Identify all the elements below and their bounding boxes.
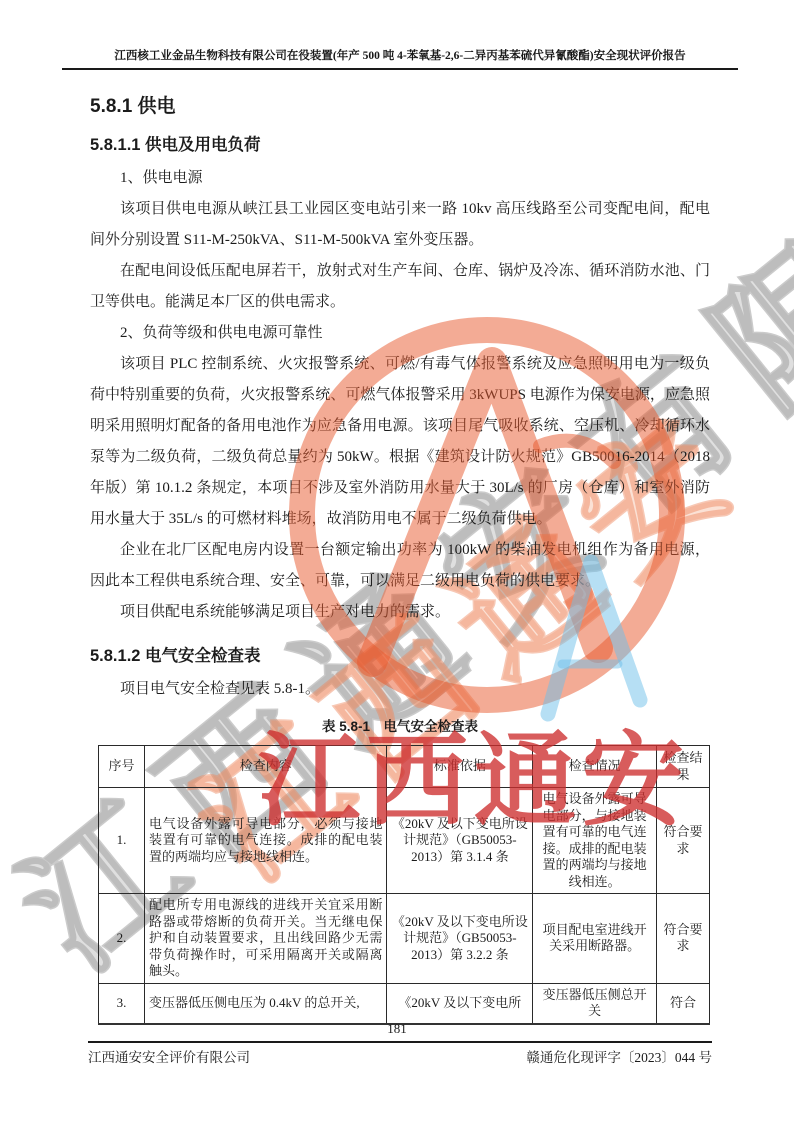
table-row: 3. 变压器低压侧电压为 0.4kV 的总开关, 《20kV 及以下变电所 变压…	[99, 983, 710, 1024]
column-header-content: 检查内容	[144, 746, 387, 788]
cell-content: 电气设备外露可导电部分，必须与接地装置有可靠的电气连接。成排的配电装置的两端均应…	[144, 788, 387, 894]
column-header-result: 检查结果	[657, 746, 710, 788]
paragraph-table-ref: 项目电气安全检查见表 5.8-1。	[90, 674, 710, 705]
cell-result: 符合	[657, 983, 710, 1024]
document-page: 江西通安有限公司 江西通安 江西核工业金品生物科技有限公司在役装置(年产 500…	[0, 0, 794, 1123]
section-heading-5812: 5.8.1.2 电气安全检查表	[90, 644, 710, 668]
paragraph-power-source-2: 在配电间设低压配电屏若干，放射式对生产车间、仓库、锅炉及冷冻、循环消防水池、门卫…	[90, 256, 710, 318]
list-item-load-level: 2、负荷等级和供电电源可靠性	[90, 318, 710, 349]
column-header-no: 序号	[99, 746, 145, 788]
footer-document-number: 赣通危化现评字〔2023〕044 号	[526, 1046, 712, 1066]
footer-company-name: 江西通安安全评价有限公司	[88, 1046, 250, 1066]
cell-content: 变压器低压侧电压为 0.4kV 的总开关,	[144, 983, 387, 1024]
column-header-basis: 标准依据	[387, 746, 533, 788]
column-header-situation: 检查情况	[533, 746, 657, 788]
electrical-safety-check-table: 序号 检查内容 标准依据 检查情况 检查结果 1. 电气设备外露可导电部分，必须…	[98, 745, 710, 1025]
section-heading-5811: 5.8.1.1 供电及用电负荷	[90, 133, 710, 157]
cell-basis: 《20kV 及以下变电所设计规范》（GB50053-2013）第 3.1.4 条	[387, 788, 533, 894]
table-row: 2. 配电所专用电源线的进线开关宜采用断路器或带熔断的负荷开关。当无继电保护和自…	[99, 894, 710, 984]
footer-divider	[88, 1041, 712, 1043]
cell-result: 符合要求	[657, 788, 710, 894]
paragraph-load-2: 企业在北厂区配电房内设置一台额定输出功率为 100kW 的柴油发电机组作为备用电…	[90, 535, 710, 597]
cell-no: 1.	[99, 788, 145, 894]
list-item-power-source: 1、供电电源	[90, 163, 710, 194]
table-row: 1. 电气设备外露可导电部分，必须与接地装置有可靠的电气连接。成排的配电装置的两…	[99, 788, 710, 894]
cell-no: 3.	[99, 983, 145, 1024]
paragraph-load-3: 项目供配电系统能够满足项目生产对电力的需求。	[90, 597, 710, 628]
cell-situation: 项目配电室进线开关采用断路器。	[533, 894, 657, 984]
page-header-title: 江西核工业金品生物科技有限公司在役装置(年产 500 吨 4-苯氧基-2,6-二…	[62, 49, 738, 70]
page-footer: 江西通安安全评价有限公司 赣通危化现评字〔2023〕044 号	[88, 1046, 712, 1066]
cell-basis: 《20kV 及以下变电所	[387, 983, 533, 1024]
cell-situation: 电气设备外露可导电部分，与接地装置有可靠的电气连接。成排的配电装置的两端均与接地…	[533, 788, 657, 894]
section-heading-581: 5.8.1 供电	[90, 94, 710, 120]
cell-basis: 《20kV 及以下变电所设计规范》（GB50053-2013）第 3.2.2 条	[387, 894, 533, 984]
paragraph-power-source-1: 该项目供电电源从峡江县工业园区变电站引来一路 10kv 高压线路至公司变配电间，…	[90, 194, 710, 256]
cell-no: 2.	[99, 894, 145, 984]
document-body: 5.8.1 供电 5.8.1.1 供电及用电负荷 1、供电电源 该项目供电电源从…	[90, 86, 710, 1025]
cell-result: 符合要求	[657, 894, 710, 984]
page-number: 181	[0, 1021, 794, 1037]
paragraph-load-1: 该项目 PLC 控制系统、火灾报警系统、可燃/有毒气体报警系统及应急照明用电为一…	[90, 349, 710, 535]
cell-situation: 变压器低压侧总开关	[533, 983, 657, 1024]
table-caption: 表 5.8-1 电气安全检查表	[90, 715, 710, 735]
cell-content: 配电所专用电源线的进线开关宜采用断路器或带熔断的负荷开关。当无继电保护和自动装置…	[144, 894, 387, 984]
table-header-row: 序号 检查内容 标准依据 检查情况 检查结果	[99, 746, 710, 788]
